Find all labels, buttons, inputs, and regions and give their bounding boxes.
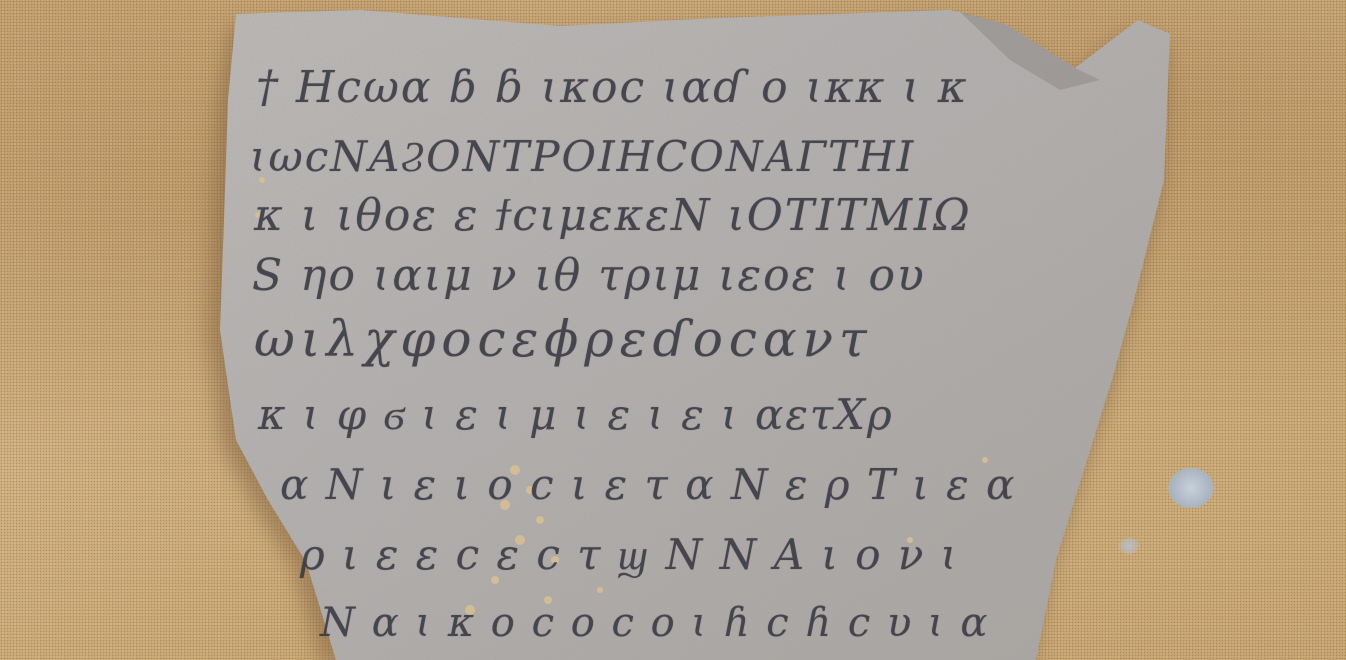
ostracon-shard <box>0 0 1346 660</box>
blue-pebble <box>1168 468 1214 508</box>
small-pebble <box>1118 538 1140 554</box>
photo-scene: † Ηϲωα ɓ ɓ ɩκοϲ ɩαɗ ο ɩκκ ɩ κ ɩωϲΝΑϨΟΝΤΡ… <box>0 0 1346 660</box>
